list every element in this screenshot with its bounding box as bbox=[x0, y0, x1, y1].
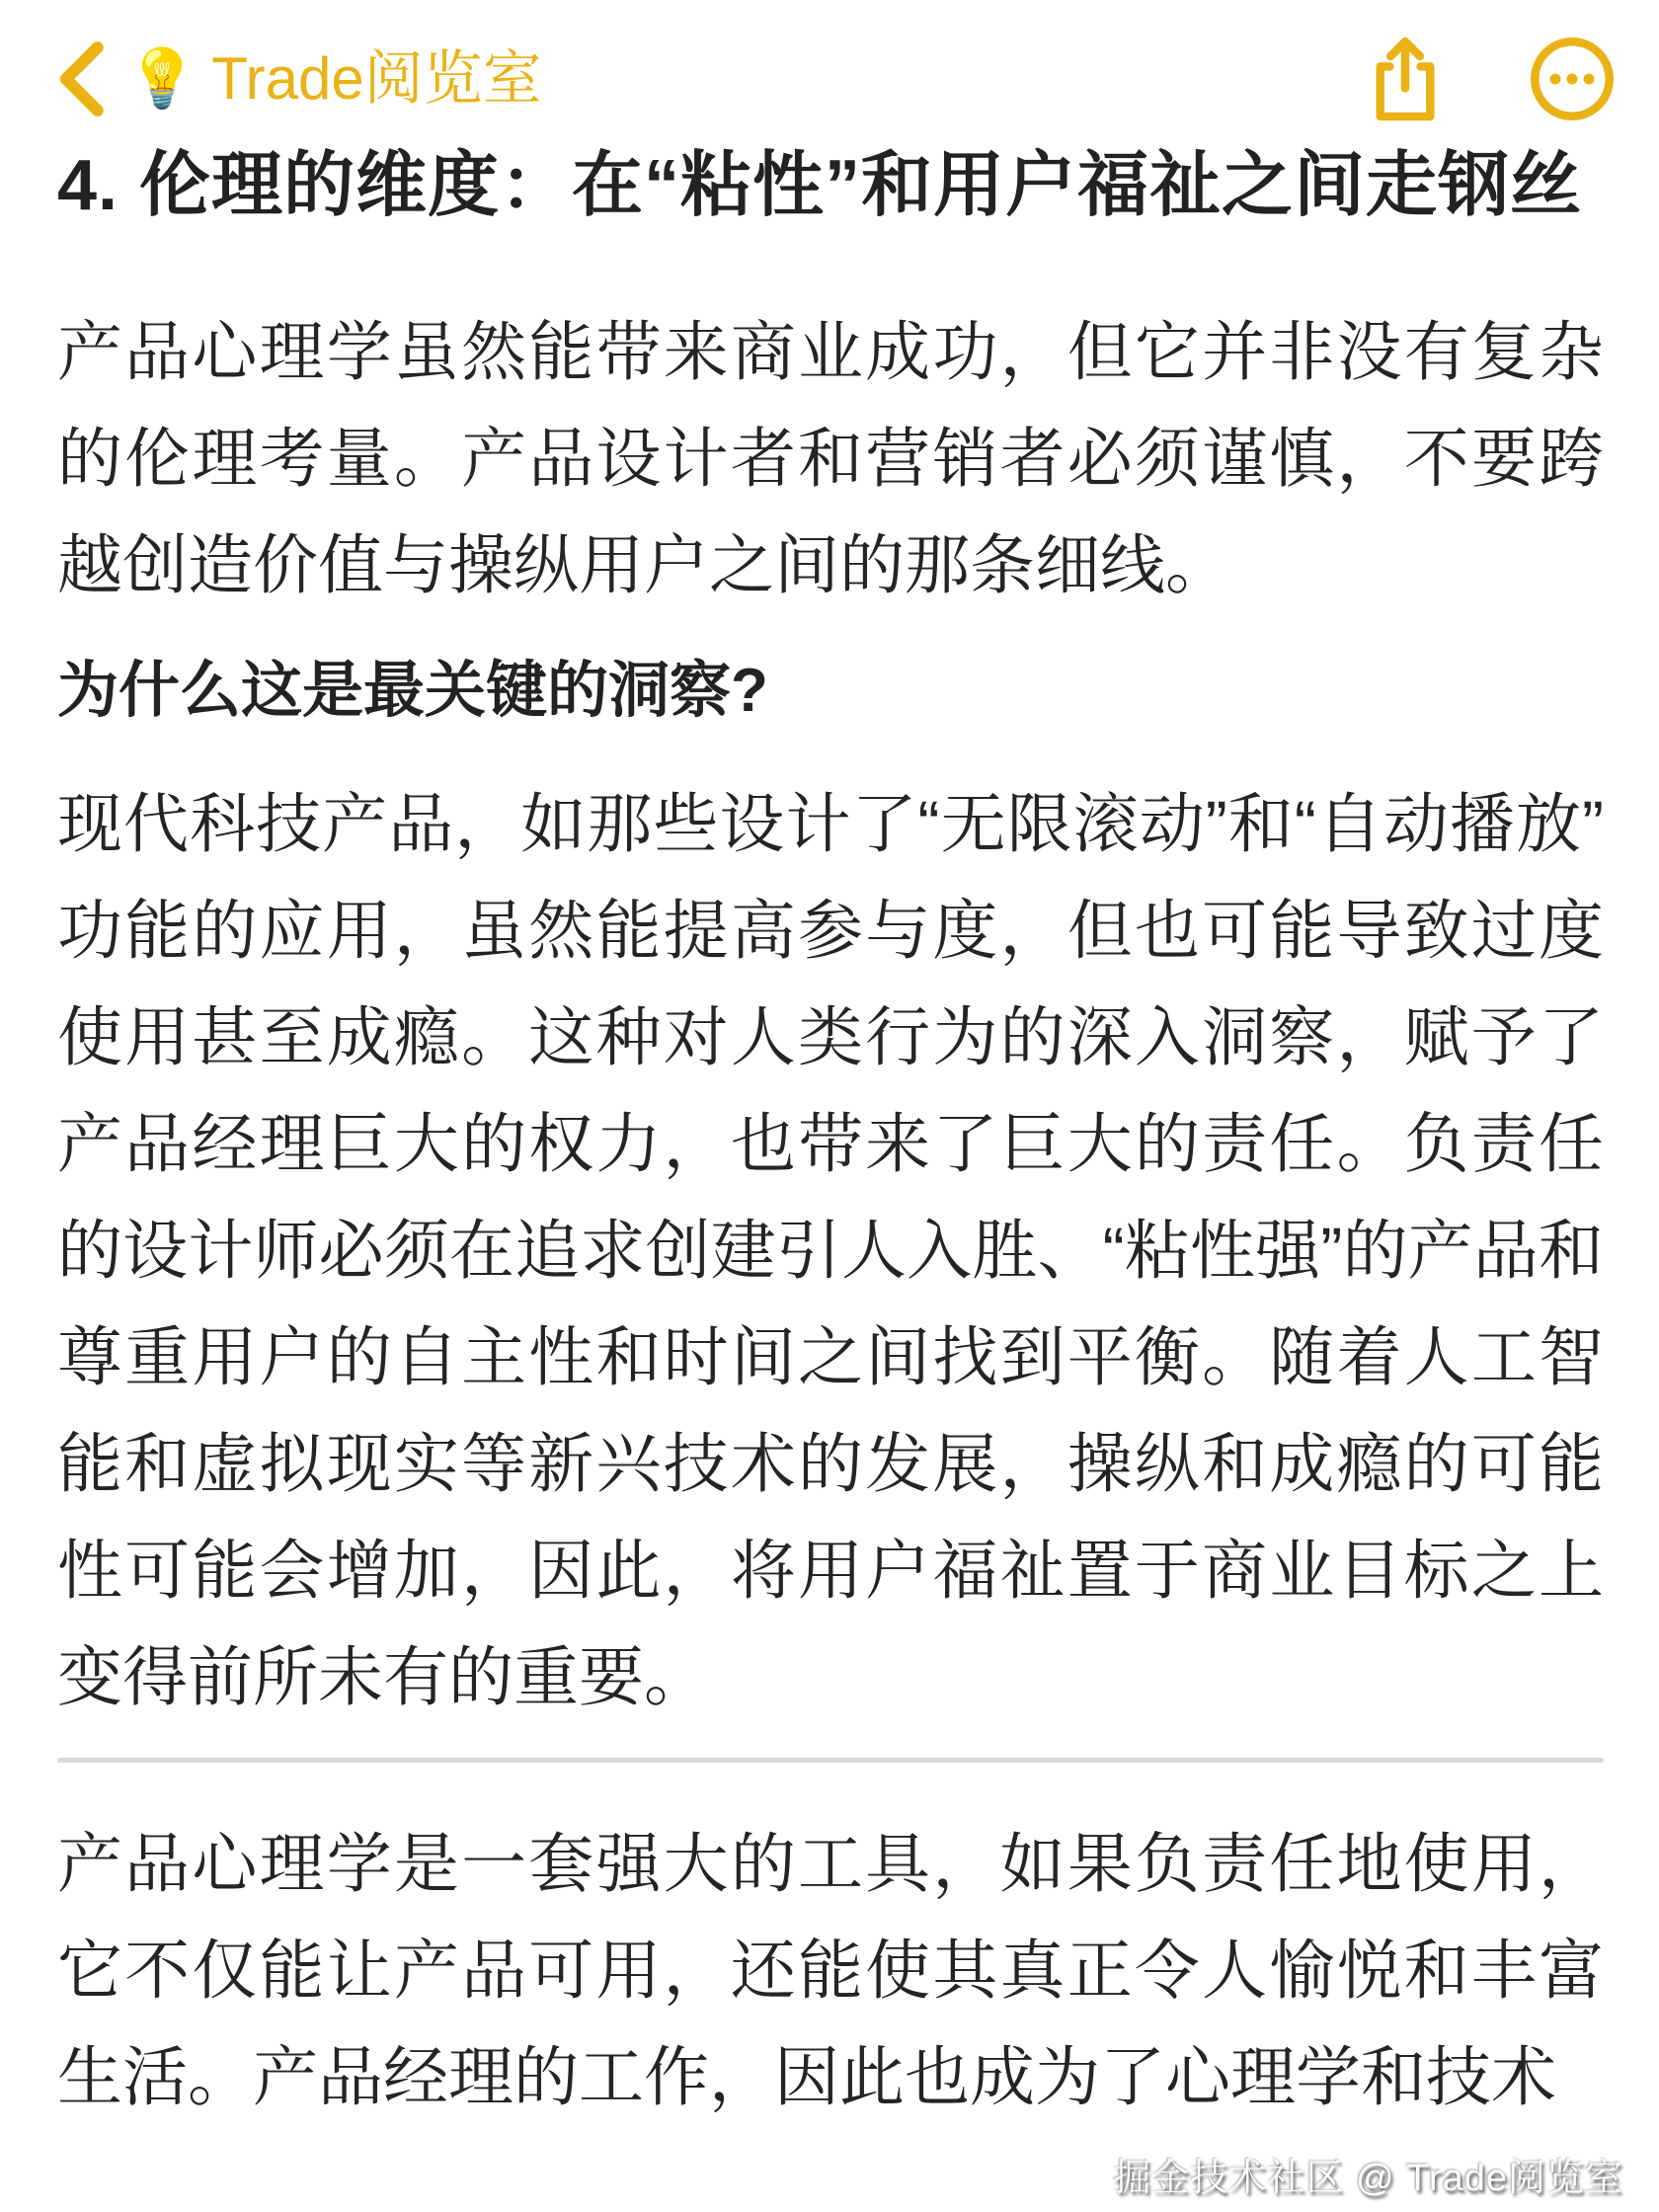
watermark: 掘金技术社区 @ Trade阅览室 bbox=[1113, 2147, 1623, 2201]
paragraph-2: 现代科技产品，如那些设计了“无限滚动”和“自动播放”功能的应用，虽然能提高参与度… bbox=[57, 770, 1604, 1730]
paragraph-3: 产品心理学是一套强大的工具，如果负责任地使用，它不仅能让产品可用，还能使其真正令… bbox=[57, 1810, 1604, 2130]
article-content: 4. 伦理的维度：在“粘性”和用户福祉之间走钢丝 产品心理学虽然能带来商业成功，… bbox=[57, 0, 1604, 2130]
section-heading: 4. 伦理的维度：在“粘性”和用户福祉之间走钢丝 bbox=[57, 130, 1604, 241]
section-divider bbox=[57, 1758, 1604, 1763]
subheading-question: 为什么这是最关键的洞察? bbox=[57, 642, 1604, 741]
paragraph-1: 产品心理学虽然能带来商业成功，但它并非没有复杂的伦理考量。产品设计者和营销者必须… bbox=[57, 298, 1604, 618]
